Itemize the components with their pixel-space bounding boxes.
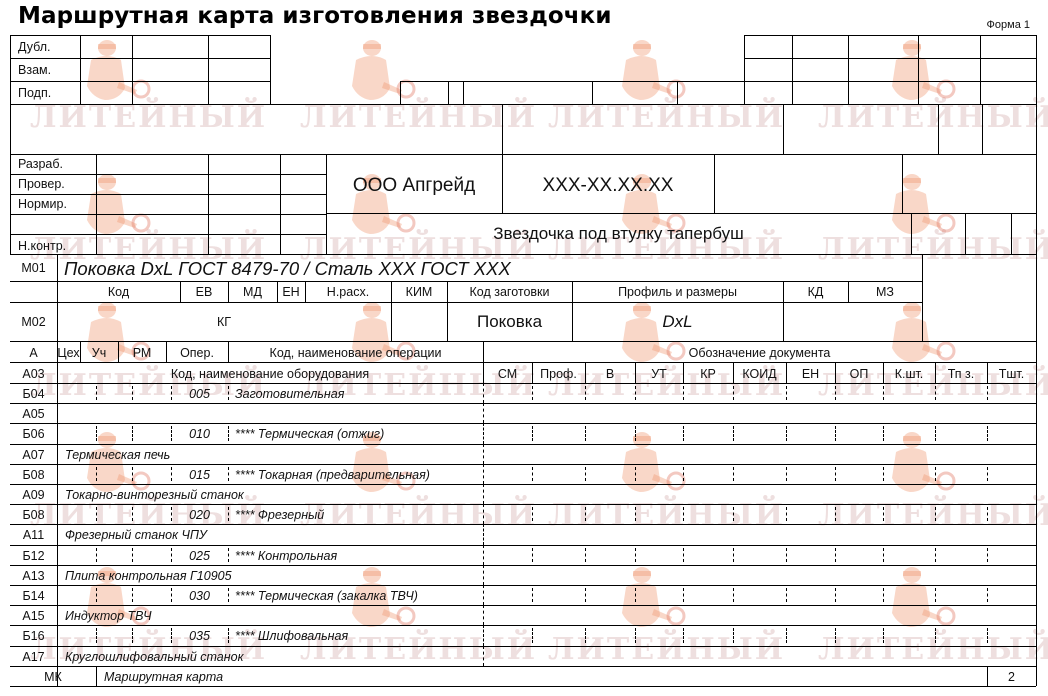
- footer-document-name: Маршрутная карта: [104, 671, 223, 684]
- document-column-header: В: [585, 368, 635, 381]
- operation-name: **** Фрезерный: [235, 509, 324, 522]
- row-code: Б06: [10, 428, 57, 441]
- row-code: Б12: [10, 550, 57, 563]
- top-block-label: Подп.: [18, 87, 51, 100]
- row-code: А05: [10, 408, 57, 421]
- operations-column-header: Обозначение документа: [483, 347, 1036, 360]
- row-code: Б04: [10, 388, 57, 401]
- document-column-header: КР: [683, 368, 733, 381]
- equipment-name: Фрезерный станок ЧПУ: [65, 529, 207, 542]
- organization-name: ООО Апгрейд: [326, 176, 502, 195]
- row-code: А11: [10, 529, 57, 542]
- document-column-header: СМ: [483, 368, 532, 381]
- document-column-header: УТ: [635, 368, 683, 381]
- operation-number: 010: [171, 428, 228, 441]
- operation-number: 035: [171, 630, 228, 643]
- blank-code: Поковка: [447, 313, 572, 330]
- row-code: Б08: [10, 509, 57, 522]
- document-column-header: К.шт.: [883, 368, 935, 381]
- material-column-header: Н.расх.: [305, 286, 391, 299]
- top-block-label: Дубл.: [18, 41, 51, 54]
- row-code: Б08: [10, 469, 57, 482]
- operations-column-header: РМ: [118, 347, 166, 360]
- page-number: 2: [987, 671, 1036, 684]
- material-column-header: КИМ: [391, 286, 447, 299]
- operation-name: **** Термическая (закалка ТВЧ): [235, 590, 418, 603]
- operation-number: 015: [171, 469, 228, 482]
- material-column-header: КД: [783, 286, 848, 299]
- m01-label: М01: [10, 262, 57, 275]
- signature-role-label: Разраб.: [18, 158, 63, 171]
- footer-code: МК: [10, 671, 96, 684]
- material-column-header: Профиль и размеры: [572, 286, 783, 299]
- operation-number: 020: [171, 509, 228, 522]
- operation-name: **** Токарная (предварительная): [235, 469, 430, 482]
- operations-column-header: Уч: [80, 347, 118, 360]
- equipment-name: Плита контрольная Г10905: [65, 570, 232, 583]
- operation-number: 005: [171, 388, 228, 401]
- equipment-name: Термическая печь: [65, 449, 170, 462]
- row-code: А15: [10, 610, 57, 623]
- form-content: Дубл.Взам.Подп.Разраб.Провер.Нормир.Н.ко…: [0, 0, 1048, 696]
- material-column-header: ЕВ: [180, 286, 228, 299]
- part-name: Звездочка под втулку тапербуш: [326, 225, 911, 242]
- operations-column-header: А: [10, 347, 57, 360]
- operation-number: 025: [171, 550, 228, 563]
- material-column-header: ЕН: [277, 286, 305, 299]
- signature-role-label: Н.контр.: [18, 240, 66, 253]
- signature-role-label: Нормир.: [18, 198, 67, 211]
- row-code: А17: [10, 651, 57, 664]
- material-column-header: МД: [228, 286, 277, 299]
- equipment-column-header: Код, наименование оборудования: [57, 368, 483, 381]
- row-code: А13: [10, 570, 57, 583]
- material-column-header: Код: [57, 286, 180, 299]
- row-code: А09: [10, 489, 57, 502]
- operation-name: **** Контрольная: [235, 550, 337, 563]
- mass-unit: КГ: [57, 316, 391, 329]
- operation-number: 030: [171, 590, 228, 603]
- material-column-header: МЗ: [848, 286, 922, 299]
- m02-label: М02: [10, 316, 57, 329]
- row-code: Б14: [10, 590, 57, 603]
- document-column-header: Проф.: [532, 368, 585, 381]
- material-description: Поковка DxL ГОСТ 8479-70 / Сталь XXX ГОС…: [64, 260, 511, 279]
- a03-label: А03: [10, 368, 57, 381]
- operations-column-header: Цех: [57, 347, 80, 360]
- document-column-header: Тшт.: [987, 368, 1036, 381]
- material-column-header: Код заготовки: [447, 286, 572, 299]
- operation-name: Заготовительная: [235, 388, 344, 401]
- document-column-header: КОИД: [733, 368, 786, 381]
- document-column-header: ОП: [835, 368, 883, 381]
- document-column-header: Тп з.: [935, 368, 987, 381]
- document-designation: XXX-XX.XX.XX: [502, 176, 714, 195]
- signature-role-label: Провер.: [18, 178, 65, 191]
- operations-column-header: Код, наименование операции: [228, 347, 483, 360]
- row-code: Б16: [10, 630, 57, 643]
- equipment-name: Токарно-винторезный станок: [65, 489, 244, 502]
- row-code: А07: [10, 449, 57, 462]
- operations-column-header: Опер.: [166, 347, 228, 360]
- top-block-label: Взам.: [18, 64, 51, 77]
- operation-name: **** Термическая (отжиг): [235, 428, 384, 441]
- document-column-header: ЕН: [786, 368, 835, 381]
- profile-size: DxL: [572, 313, 783, 330]
- equipment-name: Круглошлифовальный станок: [65, 651, 244, 664]
- equipment-name: Индуктор ТВЧ: [65, 610, 152, 623]
- operation-name: **** Шлифовальная: [235, 630, 348, 643]
